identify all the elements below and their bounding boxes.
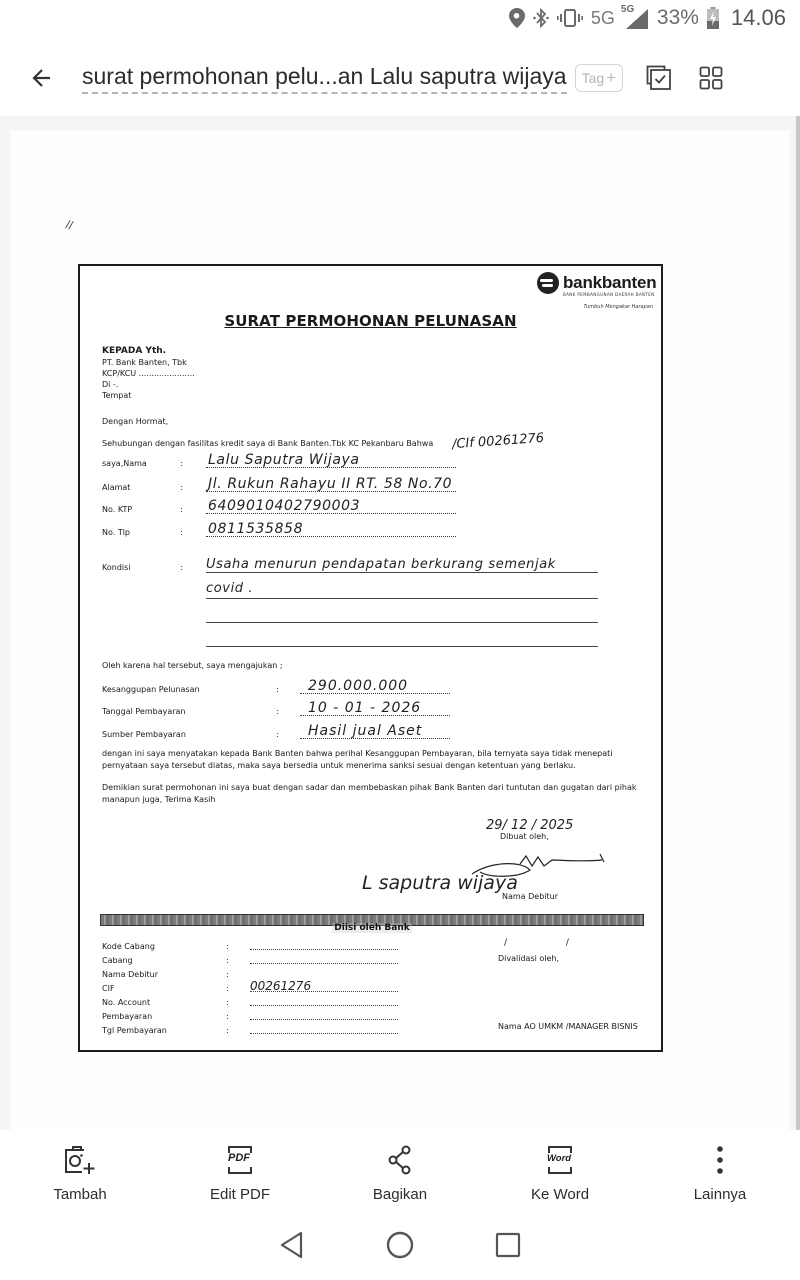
colon: : — [180, 528, 183, 537]
made-by-label: Dibuat oleh, — [500, 832, 549, 841]
scanned-page[interactable]: // bankbanten BANK PEMBANGUNAN DAERAH BA… — [10, 130, 790, 1130]
word-icon-text: Word — [547, 1153, 571, 1164]
add-photo-icon — [62, 1144, 98, 1176]
payment-amount-row: Kesanggupan Pelunasan : 290.000.000 — [102, 676, 642, 696]
bank-row-label: Tgl Pembayaran — [102, 1026, 167, 1035]
colon: : — [180, 563, 183, 572]
bank-row: Cabang : — [102, 952, 402, 966]
field-label: Alamat — [102, 483, 130, 492]
select-pages-button[interactable] — [641, 60, 677, 96]
bank-row: No. Account : — [102, 994, 402, 1008]
bank-row-label: CIF — [102, 984, 115, 993]
select-pages-icon — [646, 65, 672, 91]
dotted-line — [250, 949, 398, 950]
plus-icon: + — [606, 68, 616, 88]
form-title: SURAT PERMOHONAN PELUNASAN — [80, 312, 661, 330]
to-word-button[interactable]: Word Ke Word — [480, 1130, 640, 1210]
location-icon — [509, 6, 525, 30]
colon: : — [276, 685, 279, 694]
field-value: Lalu Saputra Wijaya — [208, 452, 360, 468]
colon: : — [180, 459, 183, 468]
bank-row-label: No. Account — [102, 998, 150, 1007]
scrollbar[interactable] — [796, 116, 800, 1130]
document-title[interactable]: surat permohonan pelu...an Lalu saputra … — [82, 62, 567, 94]
colon: : — [180, 505, 183, 514]
statement-paragraph: dengan ini saya menyatakan kepada Bank B… — [102, 748, 647, 772]
bank-row-value: 00261276 — [250, 979, 311, 993]
validated-by-label: Divalidasi oleh, — [498, 954, 559, 963]
bank-logo-subtitle: BANK PEMBANGUNAN DAERAH BANTEN — [563, 292, 661, 297]
payment-label: Sumber Pembayaran — [102, 730, 186, 739]
payment-value: 290.000.000 — [308, 678, 408, 694]
grid-view-button[interactable] — [693, 60, 729, 96]
field-kondisi-cont: covid . — [102, 578, 642, 598]
system-nav-bar — [0, 1210, 800, 1280]
closing-paragraph: Demikian surat permohonan ini saya buat … — [102, 782, 647, 806]
bank-row: Pembayaran : — [102, 1008, 402, 1022]
addressee-line: Tempat — [102, 390, 195, 401]
nav-home-button[interactable] — [382, 1227, 418, 1263]
add-label: Tambah — [53, 1186, 106, 1203]
field-label: Kondisi — [102, 563, 131, 572]
back-button[interactable] — [20, 56, 64, 100]
field-ktp: No. KTP : 6409010402790003 — [102, 496, 642, 516]
share-icon — [382, 1144, 418, 1176]
colon: : — [226, 970, 229, 979]
share-label: Bagikan — [373, 1186, 427, 1203]
bank-row: Tgl Pembayaran : — [102, 1022, 402, 1036]
colon: : — [226, 998, 229, 1007]
to-word-label: Ke Word — [531, 1186, 589, 1203]
payment-value: 10 - 01 - 2026 — [308, 700, 421, 716]
vibrate-icon — [557, 6, 583, 30]
more-vertical-icon — [702, 1144, 738, 1176]
bottom-toolbar: Tambah PDF Edit PDF Bagikan Word Ke Word… — [0, 1130, 800, 1210]
greeting: Dengan Hormat, — [102, 416, 168, 427]
document-viewer[interactable]: // bankbanten BANK PEMBANGUNAN DAERAH BA… — [0, 116, 800, 1130]
bank-logo-text: bankbanten — [563, 273, 656, 293]
ruled-line — [206, 646, 598, 647]
status-bar: 5G 5G 33% 14.06 — [0, 0, 800, 36]
colon: : — [226, 984, 229, 993]
field-value: Jl. Rukun Rahayu II RT. 58 No.70 — [208, 476, 452, 492]
bank-section-title: Diisi oleh Bank — [332, 923, 411, 933]
debtor-name-label: Nama Debitur — [502, 892, 558, 901]
bank-row-label: Pembayaran — [102, 1012, 152, 1021]
field-kondisi: Kondisi : Usaha menurun pendapatan berku… — [102, 554, 642, 574]
more-label: Lainnya — [694, 1186, 747, 1203]
edit-pdf-button[interactable]: PDF Edit PDF — [160, 1130, 320, 1210]
kondisi-line-2: covid . — [206, 581, 253, 596]
addressee-line: PT. Bank Banten, Tbk — [102, 357, 195, 368]
debtor-signature: L saputra wijaya — [362, 872, 518, 894]
ruled-line — [206, 622, 598, 623]
field-alamat: Alamat : Jl. Rukun Rahayu II RT. 58 No.7… — [102, 474, 642, 494]
field-value: 6409010402790003 — [208, 498, 360, 514]
bank-row: CIF : 00261276 — [102, 980, 402, 994]
payment-date-row: Tanggal Pembayaran : 10 - 01 - 2026 — [102, 698, 642, 718]
clock: 14.06 — [731, 5, 786, 31]
intro-text: Sehubungan dengan fasilitas kredit saya … — [102, 438, 433, 449]
colon: : — [226, 1012, 229, 1021]
signed-date: 29/ 12 / 2025 — [486, 818, 573, 833]
bank-section-header: Diisi oleh Bank — [100, 914, 644, 926]
addressee-block: KEPADA Yth. PT. Bank Banten, Tbk KCP/KCU… — [102, 346, 195, 401]
network-badge: 5G — [621, 4, 634, 15]
field-label: saya,Nama — [102, 459, 147, 468]
bank-row-label: Cabang — [102, 956, 133, 965]
bank-row: Kode Cabang : — [102, 938, 402, 952]
more-button[interactable]: Lainnya — [640, 1130, 800, 1210]
word-icon: Word — [542, 1144, 578, 1176]
edit-pdf-label: Edit PDF — [210, 1186, 270, 1203]
battery-percent: 33% — [657, 6, 699, 30]
loan-settlement-form: bankbanten BANK PEMBANGUNAN DAERAH BANTE… — [78, 264, 663, 1052]
tag-label: Tag — [582, 70, 605, 86]
network-type: 5G — [591, 8, 615, 29]
battery-charging-icon — [707, 6, 719, 30]
arrow-left-icon — [30, 66, 54, 90]
bank-row-label: Nama Debitur — [102, 970, 158, 979]
bank-logo-icon — [537, 272, 559, 294]
ruled-line — [206, 572, 598, 573]
app-bar: surat permohonan pelu...an Lalu saputra … — [0, 50, 800, 106]
field-nama: saya,Nama : Lalu Saputra Wijaya — [102, 450, 642, 470]
colon: : — [226, 942, 229, 951]
bank-row: Nama Debitur : — [102, 966, 402, 980]
recents-square-icon — [495, 1232, 521, 1258]
field-label: No. KTP — [102, 505, 132, 514]
back-triangle-icon — [279, 1231, 305, 1259]
colon: : — [226, 956, 229, 965]
manager-label: Nama AO UMKM /MANAGER BISNIS — [498, 1022, 638, 1031]
grid-view-icon — [699, 66, 723, 90]
addressee-heading: KEPADA Yth. — [102, 346, 195, 357]
pdf-icon: PDF — [222, 1144, 258, 1176]
addressee-line: Di -. — [102, 379, 195, 390]
addressee-line: KCP/KCU ...................... — [102, 368, 195, 379]
field-tlp: No. Tlp : 0811535858 — [102, 519, 642, 539]
add-button[interactable]: Tambah — [0, 1130, 160, 1210]
ruled-line — [206, 598, 598, 599]
dotted-line — [250, 963, 398, 964]
field-label: No. Tlp — [102, 528, 130, 537]
dotted-line — [250, 1033, 398, 1034]
request-intro: Oleh karena hal tersebut, saya mengajuka… — [102, 660, 283, 671]
colon: : — [276, 707, 279, 716]
pdf-icon-text: PDF — [228, 1152, 250, 1164]
bluetooth-icon — [533, 6, 549, 30]
add-tag-button[interactable]: Tag + — [575, 64, 624, 92]
colon: : — [276, 730, 279, 739]
bank-logo: bankbanten BANK PEMBANGUNAN DAERAH BANTE… — [537, 272, 661, 310]
colon: : — [180, 483, 183, 492]
signal-icon: 5G — [623, 6, 649, 30]
validation-date-slashes: / / — [504, 938, 597, 948]
payment-source-row: Sumber Pembayaran : Hasil jual Aset — [102, 721, 642, 741]
bank-logo-tagline: Tumbuh Mengakar Harapan — [537, 304, 653, 310]
colon: : — [226, 1026, 229, 1035]
home-circle-icon — [385, 1230, 415, 1260]
nav-recents-button[interactable] — [490, 1227, 526, 1263]
field-value: 0811535858 — [208, 521, 303, 537]
kondisi-line-1: Usaha menurun pendapatan berkurang semen… — [206, 557, 556, 572]
share-button[interactable]: Bagikan — [320, 1130, 480, 1210]
payment-label: Kesanggupan Pelunasan — [102, 685, 200, 694]
dotted-line — [250, 1005, 398, 1006]
dotted-line — [250, 1019, 398, 1020]
payment-value: Hasil jual Aset — [308, 723, 422, 739]
scan-mark: // — [64, 217, 74, 232]
cif-handwritten-note: /CIf 00261276 — [452, 431, 545, 452]
bank-row-label: Kode Cabang — [102, 942, 155, 951]
payment-label: Tanggal Pembayaran — [102, 707, 186, 716]
nav-back-button[interactable] — [274, 1227, 310, 1263]
